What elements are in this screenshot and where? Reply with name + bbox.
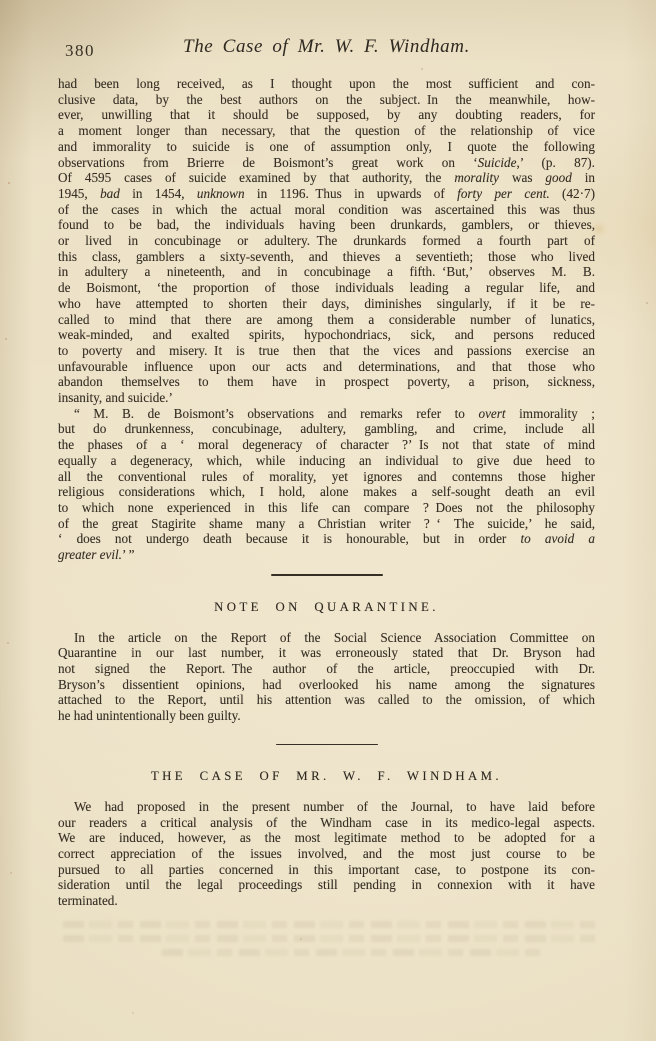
text-line: We had proposed in the present number of… [58,799,595,815]
text-line: insanity, and suicide.’ [58,390,595,406]
text-line: religious considerations which, I hold, … [58,484,595,500]
paragraph-suicide-statistics: had been long received, as I thought upo… [58,76,595,406]
text-line: the phases of a ‘ moral degeneracy of ch… [58,437,595,453]
windham-heading: THE CASE OF MR. W. F. WINDHAM. [58,769,595,785]
page-show-through [58,921,595,963]
text-line: de Boismont, ‘the proportion of those in… [58,280,595,296]
text-line: Quarantine in our last number, it was er… [58,645,595,661]
text-line: in adultery a nineteenth, and in concubi… [58,264,595,280]
text-line: Of 4595 cases of suicide examined by tha… [58,170,595,186]
article-body: had been long received, as I thought upo… [58,76,595,909]
paragraph-quarantine-correction: In the article on the Report of the Soci… [58,630,595,724]
scanned-book-page: 380 The Case of Mr. W. F. Windham. had b… [0,0,656,1041]
text-line: ‘ does not undergo death because it is h… [58,531,595,547]
text-line: this class, gamblers a sixty-seventh, an… [58,249,595,265]
text-line: but do drunkenness, concubinage, adulter… [58,421,595,437]
text-line: abandon themselves to them have in prosp… [58,374,595,390]
page-header: 380 The Case of Mr. W. F. Windham. [58,36,595,58]
text-line: We are induced, however, as the most leg… [58,830,595,846]
quarantine-heading: NOTE ON QUARANTINE. [58,600,595,616]
text-line: sideration until the legal proceedings s… [58,877,595,893]
running-title: The Case of Mr. W. F. Windham. [58,36,595,58]
text-line: pursued to all parties concerned in this… [58,862,595,878]
text-line: Bryson’s dissentient opinions, had overl… [58,677,595,693]
text-line: called to mind that there are among them… [58,312,595,328]
paragraph-windham-postponement: We had proposed in the present number of… [58,799,595,909]
text-line: found to be bad, the individuals having … [58,217,595,233]
show-through-line [160,949,540,956]
text-line: ever, unwilling that it should be suppos… [58,107,595,123]
text-line: observations from Brierre de Boismont’s … [58,155,595,171]
paragraph-boismont-commentary: “ M. B. de Boismont’s observations and r… [58,406,595,563]
page-number: 380 [65,41,95,61]
text-line: greater evil.’ ” [58,547,595,563]
suicide-article-continuation: had been long received, as I thought upo… [58,76,595,563]
paper-specks [0,0,2,2]
text-line: to poverty and misery. It is true then t… [58,343,595,359]
text-line: unfavourable influence upon our acts and… [58,359,595,375]
text-line: “ M. B. de Boismont’s observations and r… [58,406,595,422]
text-line: and immorality to suicide is one of assu… [58,139,595,155]
text-line: he had unintentionally been guilty. [58,708,595,724]
text-line: of the great Stagirite shame many a Chri… [58,516,595,532]
text-line: correct appreciation of the issues invol… [58,846,595,862]
section-divider [276,744,378,746]
text-line: not signed the Report. The author of the… [58,661,595,677]
text-line: weak-minded, and exalted spirits, hypoch… [58,327,595,343]
text-line: clusive data, by the best authors on the… [58,92,595,108]
section-divider [271,574,383,576]
text-line: to which none experienced in this life c… [58,500,595,516]
text-line: a moment longer than necessary, that the… [58,123,595,139]
text-line: attached to the Report, until his attent… [58,692,595,708]
note-on-quarantine-section: NOTE ON QUARANTINE. In the article on th… [58,600,595,724]
text-line: In the article on the Report of the Soci… [58,630,595,646]
text-line: equally a degeneracy, which, while induc… [58,453,595,469]
text-line: of the cases in which the actual moral c… [58,202,595,218]
text-line: terminated. [58,893,595,909]
text-line: all the conventional rules of morality, … [58,469,595,485]
show-through-line [58,935,595,942]
show-through-line [58,921,595,928]
text-line: or lived in concubinage or adultery. The… [58,233,595,249]
text-line: who have attempted to shorten their days… [58,296,595,312]
text-line: our readers a critical analysis of the W… [58,815,595,831]
text-line: had been long received, as I thought upo… [58,76,595,92]
text-line: 1945, bad in 1454, unknown in 1196. Thus… [58,186,595,202]
windham-case-section: THE CASE OF MR. W. F. WINDHAM. We had pr… [58,769,595,909]
